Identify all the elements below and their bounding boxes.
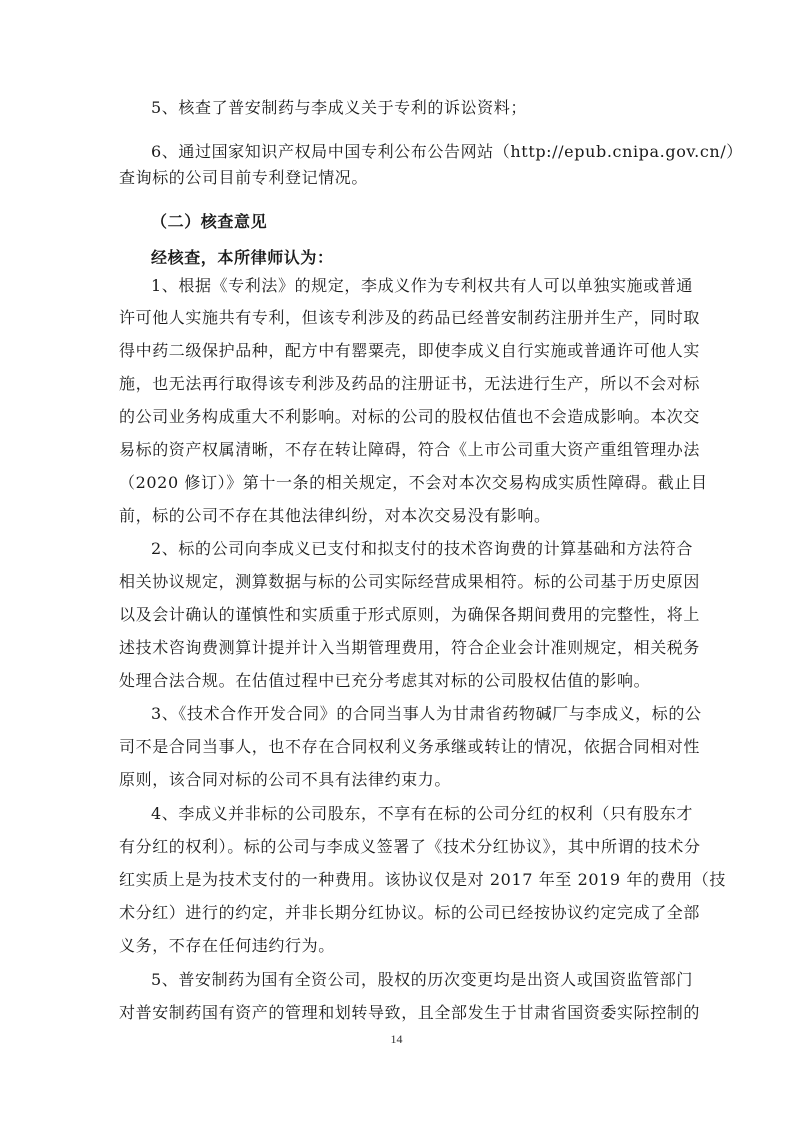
document-page: 5、核查了普安制药与李成义关于专利的诉讼资料；6、通过国家知识产权局中国专利公布… [0,0,793,1122]
text-line: 述技术咨询费测算计提并计入当期管理费用，符合企业会计准则规定，相关税务 [119,638,681,658]
text-line: 5、普安制药为国有全资公司，股权的历次变更均是出资人或国资监管部门 [151,970,681,990]
text-line: 前，标的公司不存在其他法律纠纷，对本次交易没有影响。 [119,506,681,526]
text-line: 6、通过国家知识产权局中国专利公布公告网站（http://epub.cnipa.… [151,142,681,162]
text-line: 得中药二级保护品种，配方中有罂粟壳，即使李成义自行实施或普通许可他人实 [119,341,681,361]
text-line: 原则，该合同对标的公司不具有法律约束力。 [119,770,681,790]
text-line: 1、根据《专利法》的规定，李成义作为专利权共有人可以单独实施或普通 [151,276,681,296]
text-line: 3、《技术合作开发合同》的合同当事人为甘肃省药物碱厂与李成义，标的公 [151,704,681,724]
text-line: 以及会计确认的谨慎性和实质重于形式原则，为确保各期间费用的完整性，将上 [119,605,681,625]
text-line: 有分红的权利）。标的公司与李成义签署了《技术分红协议》，其中所谓的技术分 [119,837,681,857]
text-line: 处理合法合规。在估值过程中已充分考虑其对标的公司股权估值的影响。 [119,671,681,691]
text-line: 许可他人实施共有专利，但该专利涉及的药品已经普安制药注册并生产，同时取 [119,308,681,328]
text-line: 易标的资产权属清晰，不存在转让障碍，符合《上市公司重大资产重组管理办法 [119,440,681,460]
text-line: 施，也无法再行取得该专利涉及药品的注册证书，无法进行生产，所以不会对标 [119,374,681,394]
page-number: 14 [0,1032,793,1047]
text-line: 相关协议规定，测算数据与标的公司实际经营成果相符。标的公司基于历史原因 [119,572,681,592]
text-line: 5、核查了普安制药与李成义关于专利的诉讼资料； [151,98,681,118]
text-line: 红实质上是为技术支付的一种费用。该协议仅是对 2017 年至 2019 年的费用… [119,870,681,890]
section-heading: 经核查，本所律师认为： [151,248,681,268]
text-line: （2020 修订）》第十一条的相关规定，不会对本次交易构成实质性障碍。截止目 [119,473,681,493]
section-heading: （二）核查意见 [151,212,681,232]
text-line: 4、李成义并非标的公司股东，不享有在标的公司分红的权利（只有股东才 [151,804,681,824]
text-line: 司不是合同当事人，也不存在合同权利义务承继或转让的情况，依据合同相对性 [119,737,681,757]
text-line: 术分红）进行的约定，并非长期分红协议。标的公司已经按协议约定完成了全部 [119,903,681,923]
text-line: 对普安制药国有资产的管理和划转导致，且全部发生于甘肃省国资委实际控制的 [119,1003,681,1023]
text-line: 查询标的公司目前专利登记情况。 [119,168,681,188]
text-line: 的公司业务构成重大不利影响。对标的公司的股权估值也不会造成影响。本次交 [119,407,681,427]
text-line: 义务，不存在任何违约行为。 [119,936,681,956]
text-line: 2、标的公司向李成义已支付和拟支付的技术咨询费的计算基础和方法符合 [151,539,681,559]
